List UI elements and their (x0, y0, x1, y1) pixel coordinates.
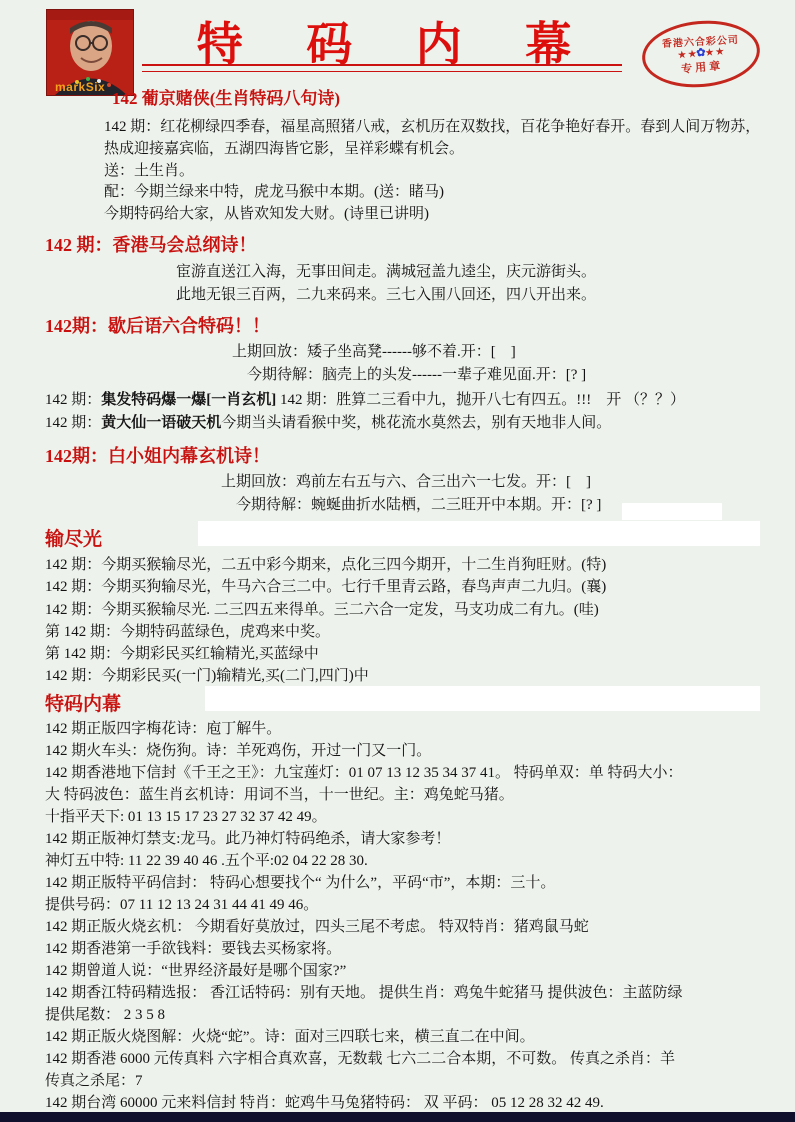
section6-line: 142 期正版特平码信封： 特码心想要找个“ 为什么”，平码“市”，本期：三十。 (45, 872, 765, 894)
section4-prev-line: 上期回放：鸡前左右五与六、合三出六一七发。开：[ ] (221, 471, 591, 493)
section5-body: 142 期：今期买猴输尽光，二五中彩今期来，点化三四今期开，十二生肖狗旺财。(特… (45, 554, 606, 688)
section6-line: 142 期香港第一手欲钱料：要钱去买杨家将。 (45, 938, 765, 960)
section5-line: 第 142 期：今期特码蓝绿色，虎鸡来中奖。 (45, 621, 606, 643)
section6-line: 142 期曾道人说：“世界经济最好是哪个国家?” (45, 960, 765, 982)
section6-line: 提供尾数： 2 3 5 8 (45, 1004, 765, 1026)
tip-sheet-page: markSix 特 码 内 幕 香港六合彩公司 ★ ★✿★ ★ 专用章 142 … (0, 0, 795, 1122)
bottom-border-bar (0, 1112, 795, 1122)
section4-current-line: 今期待解：蜿蜒曲折水陆栖，二三旺开中本期。开：[? ] (236, 494, 601, 516)
white-band-shujinguang (198, 521, 760, 546)
section6-line: 142 期香港 6000 元传真料 六字相合真欢喜，无数载 七六二二合本期，不可… (45, 1048, 765, 1070)
section6-heading: 特码内幕 (45, 689, 121, 716)
wongtaisin-rest: 今期当头请看猴中奖，桃花流水莫然去，别有天地非人间。 (221, 415, 611, 431)
section1-song-line: 送：土生肖。 (104, 161, 762, 183)
section3-heading: 142期：歇后语六合特码！！ (45, 312, 270, 338)
section6-line: 142 期香港地下信封《千王之王》：九宝莲灯：01 07 13 12 35 34… (45, 762, 765, 784)
section2-body: 宦游直送江入海，无事田间走。满城冠盖九逵尘，庆元游街头。 此地无银三百两，二九来… (176, 261, 596, 306)
section6-line: 十指平天下: 01 13 15 17 23 27 32 37 42 49。 (45, 806, 765, 828)
white-band-temaneimu (205, 686, 760, 711)
section6-line: 传真之杀尾：7 (45, 1070, 765, 1092)
white-patch-small (622, 503, 722, 520)
section3-jifa-line: 142 期：集发特码爆一爆[一肖玄机] 142 期：胜算二三看中九，抛开八七有四… (45, 389, 685, 411)
section1-heading: 142 葡京赌侠(生肖特码八句诗) (112, 84, 340, 109)
seal-company-text: 香港六合彩公司 (661, 31, 739, 50)
section6-line: 神灯五中特: 11 22 39 40 46 .五个平:02 04 22 28 3… (45, 850, 765, 872)
photo-brand-label: markSix (55, 80, 105, 94)
company-seal: 香港六合彩公司 ★ ★✿★ ★ 专用章 (639, 16, 762, 92)
wongtaisin-prefix: 142 期： (45, 415, 101, 431)
section2-line1: 宦游直送江入海，无事田间走。满城冠盖九逵尘，庆元游街头。 (176, 261, 596, 284)
section3-wongtaisin-line: 142 期：黄大仙一语破天机今期当头请看猴中奖，桃花流水莫然去，别有天地非人间。 (45, 412, 611, 434)
section3-current-line: 今期待解：脑壳上的头发------一辈子难见面.开：[? ] (247, 364, 586, 386)
section1-note-line: 今期特码给大家，从皆欢知发大财。(诗里已讲明) (104, 204, 762, 226)
section6-line: 142 期香江特码精选报： 香江话特码：别有天地。 提供生肖：鸡兔牛蛇猪马 提供… (45, 982, 765, 1004)
section4-heading: 142期：白小姐内幕玄机诗！ (45, 442, 270, 468)
title-underline (142, 64, 622, 72)
section6-line: 142 期火车头：烧伤狗。诗：羊死鸡伤，开过一门又一门。 (45, 740, 765, 762)
section6-line: 142 期正版火烧玄机： 今期看好莫放过，四头三尾不考虑。 特双特肖：猪鸡鼠马蛇 (45, 916, 765, 938)
section5-line: 第 142 期：今期彩民买红输精光,买蓝绿中 (45, 643, 606, 665)
section6-line: 大 特码波色：蓝生肖玄机诗：用词不当，十一世纪。主：鸡兔蛇马猪。 (45, 784, 765, 806)
section5-line: 142 期：今期买狗输尽光，牛马六合三二中。七行千里青云路，春鸟声声二九归。(襄… (45, 576, 606, 598)
section5-line: 142 期：今期买猴输尽光，二五中彩今期来，点化三四今期开，十二生肖狗旺财。(特… (45, 554, 606, 576)
section5-line: 142 期：今期彩民买(一门)输精光,买(二门,四门)中 (45, 665, 606, 687)
host-photo: markSix (46, 9, 134, 96)
seal-stars-left: ★ ★ (678, 48, 697, 60)
section1-pei-line: 配：今期兰绿来中特，虎龙马猴中本期。(送：睹马) (104, 182, 762, 204)
section6-body: 142 期正版四字梅花诗：庖丁解牛。 142 期火车头：烧伤狗。诗：羊死鸡伤，开… (45, 718, 765, 1114)
section6-line: 142 期正版四字梅花诗：庖丁解牛。 (45, 718, 765, 740)
section6-line: 142 期正版神灯禁支:龙马。此乃神灯特码绝杀，请大家参考！ (45, 828, 765, 850)
jifa-rest: 142 期：胜算二三看中九，抛开八七有四五。!!! 开 （？？） (276, 392, 685, 408)
section5-line: 142 期：今期买猴输尽光. 二三四五来得单。三二六合一定发，马支功成二有九。(… (45, 599, 606, 621)
section2-heading: 142 期：香港马会总纲诗！ (45, 231, 257, 257)
jifa-prefix: 142 期： (45, 392, 101, 408)
section3-prev-line: 上期回放：矮子坐高凳------够不着.开：[ ] (232, 341, 516, 363)
seal-stars-right: ★ ★ (705, 46, 724, 58)
section6-line: 提供号码：07 11 12 13 24 31 44 41 49 46。 (45, 894, 765, 916)
section6-line: 142 期台湾 60000 元来料信封 特肖：蛇鸡牛马兔猪特码： 双 平码： 0… (45, 1092, 765, 1114)
section6-line: 142 期正版火烧图解：火烧“蛇”。诗：面对三四联七来，横三直二在中间。 (45, 1026, 765, 1048)
section2-line2: 此地无银三百两，二九来码来。三七入围八回还，四八开出来。 (176, 284, 596, 307)
seal-chop-text: 专用章 (681, 57, 724, 77)
section5-heading: 输尽光 (45, 524, 102, 551)
wongtaisin-bold-title: 黄大仙一语破天机 (101, 415, 221, 431)
section1-poem: 142 期：红花柳绿四季春，福星高照猪八戒，玄机历在双数找，百花争艳好春开。春到… (104, 117, 762, 161)
jifa-bold-title: 集发特码爆一爆[一肖玄机] (101, 392, 276, 408)
section1-body: 142 期：红花柳绿四季春，福星高照猪八戒，玄机历在双数找，百花争艳好春开。春到… (104, 117, 762, 226)
